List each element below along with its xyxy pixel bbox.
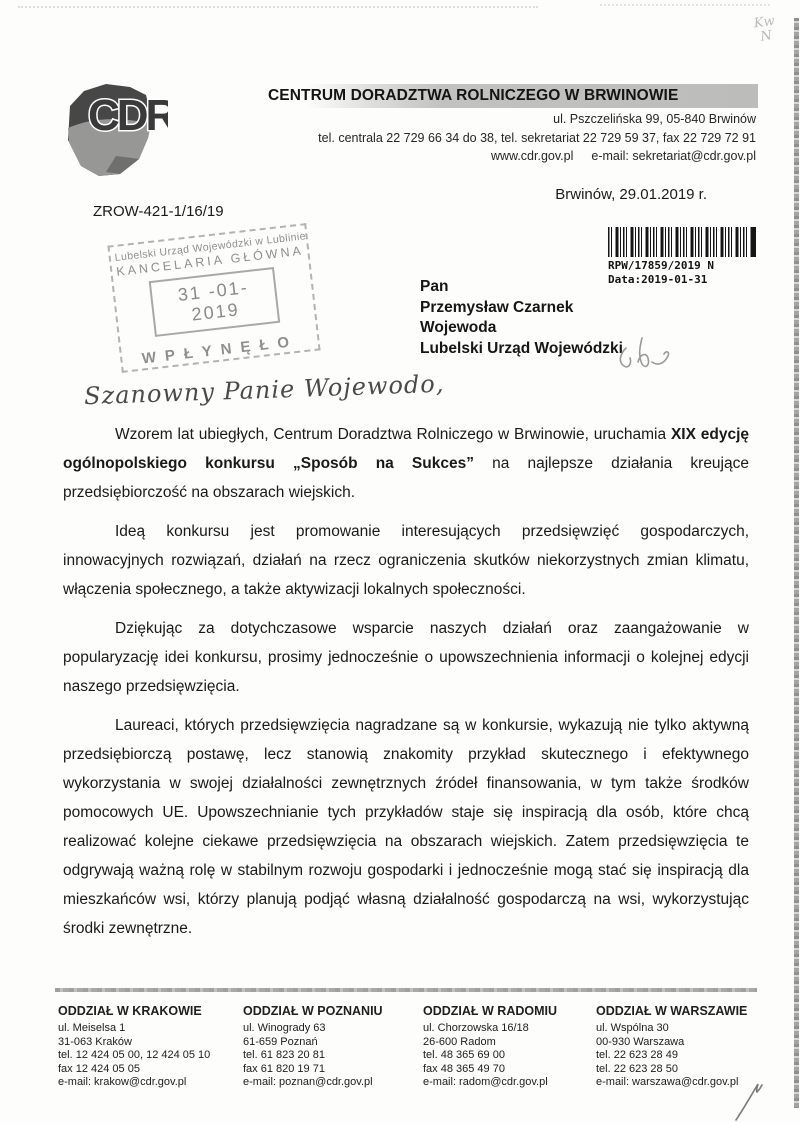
place-and-date: Brwinów, 29.01.2019 r. — [555, 186, 707, 203]
recipient-title: Wojewoda — [420, 318, 623, 339]
office-fax: fax 12 424 05 05 — [58, 1063, 240, 1077]
email: e-mail: sekretariat@cdr.gov.pl — [591, 149, 756, 163]
paragraph-1: Wzorem lat ubiegłych, Centrum Doradztwa … — [63, 420, 749, 507]
office-phone: tel. 12 424 05 00, 12 424 05 10 — [58, 1049, 240, 1063]
address-line-3: www.cdr.gov.ple-mail: sekretariat@cdr.go… — [318, 147, 756, 166]
office-street: ul. Wspólna 30 — [596, 1022, 778, 1036]
stamp-date: 31 -01- 2019 — [149, 267, 281, 337]
office-fax: fax 61 820 19 71 — [243, 1063, 425, 1077]
recipient-name: Przemysław Czarnek — [420, 298, 623, 319]
scan-artifact-right-edge — [794, 18, 799, 1108]
address-line-1: ul. Pszczelińska 99, 05-840 Brwinów — [318, 110, 756, 129]
recipient-office: Lubelski Urząd Wojewódzki — [420, 339, 623, 360]
handwritten-page-number — [724, 1078, 774, 1123]
letterhead-address: ul. Pszczelińska 99, 05-840 Brwinów tel.… — [318, 110, 756, 166]
office-phone-2: tel. 22 623 28 50 — [596, 1063, 778, 1077]
scanned-letter-page: Kw N CDR CENTRUM DORADZTWA ROLNICZEGO W … — [0, 0, 800, 1123]
office-street: ul. Winogrady 63 — [243, 1022, 425, 1036]
footer-divider — [55, 988, 757, 992]
address-line-2: tel. centrala 22 729 66 34 do 38, tel. s… — [318, 129, 756, 148]
reference-number: ZROW-421-1/16/19 — [93, 203, 224, 220]
office-city: 31-063 Kraków — [58, 1036, 240, 1050]
intake-stamp: Lubelski Urząd Wojewódzki w Lublinie KAN… — [107, 223, 320, 373]
scan-artifact-top-line — [18, 6, 538, 8]
office-city: 61-659 Poznań — [243, 1036, 425, 1050]
office-street: ul. Meiselsa 1 — [58, 1022, 240, 1036]
website: www.cdr.gov.pl — [491, 149, 573, 163]
office-poznan: ODDZIAŁ W POZNANIU ul. Winogrady 63 61-6… — [243, 1004, 425, 1090]
barcode-icon — [608, 227, 756, 257]
office-email: e-mail: radom@cdr.gov.pl — [423, 1076, 605, 1090]
office-fax: fax 48 365 49 70 — [423, 1063, 605, 1077]
office-krakow: ODDZIAŁ W KRAKOWIE ul. Meiselsa 1 31-063… — [58, 1004, 240, 1090]
logo-text: CDR — [88, 91, 168, 140]
paragraph-4: Laureaci, których przedsięwzięcia nagrad… — [63, 711, 749, 943]
office-phone: tel. 22 623 28 49 — [596, 1049, 778, 1063]
paragraph-3: Dziękując za dotychczasowe wsparcie nasz… — [63, 614, 749, 701]
poland-map-icon: CDR — [56, 78, 168, 188]
office-email: e-mail: krakow@cdr.gov.pl — [58, 1076, 240, 1090]
stamp-received-label: WPŁYNĘŁO — [126, 331, 315, 369]
registration-barcode-block: RPW/17859/2019 N Data:2019-01-31 — [608, 227, 758, 286]
office-name: ODDZIAŁ W WARSZAWIE — [596, 1004, 778, 1018]
handwritten-greeting: Szanowny Panie Wojewodo, — [84, 370, 445, 411]
scan-artifact-top-line-2 — [600, 4, 770, 6]
org-banner: CENTRUM DORADZTWA ROLNICZEGO W BRWINOWIE — [306, 84, 758, 108]
letter-body: Wzorem lat ubiegłych, Centrum Doradztwa … — [63, 420, 749, 943]
paragraph-1-text: Wzorem lat ubiegłych, Centrum Doradztwa … — [115, 426, 671, 443]
office-phone: tel. 48 365 69 00 — [423, 1049, 605, 1063]
office-street: ul. Chorzowska 16/18 — [423, 1022, 605, 1036]
office-name: ODDZIAŁ W KRAKOWIE — [58, 1004, 240, 1018]
barcode-text: RPW/17859/2019 N Data:2019-01-31 — [608, 259, 758, 286]
org-name: CENTRUM DORADZTWA ROLNICZEGO W BRWINOWIE — [268, 87, 678, 105]
recipient-block: Pan Przemysław Czarnek Wojewoda Lubelski… — [420, 277, 623, 359]
office-name: ODDZIAŁ W RADOMIU — [423, 1004, 605, 1018]
office-radom: ODDZIAŁ W RADOMIU ul. Chorzowska 16/18 2… — [423, 1004, 605, 1090]
office-warszawa: ODDZIAŁ W WARSZAWIE ul. Wspólna 30 00-93… — [596, 1004, 778, 1090]
office-phone: tel. 61 823 20 81 — [243, 1049, 425, 1063]
office-email: e-mail: poznan@cdr.gov.pl — [243, 1076, 425, 1090]
office-name: ODDZIAŁ W POZNANIU — [243, 1004, 425, 1018]
office-city: 00-930 Warszawa — [596, 1036, 778, 1050]
office-city: 26-600 Radom — [423, 1036, 605, 1050]
cdr-logo: CDR — [56, 78, 168, 193]
recipient-salutation: Pan — [420, 277, 623, 298]
paragraph-2: Ideą konkursu jest promowanie interesują… — [63, 517, 749, 604]
handwritten-paraph — [612, 326, 684, 389]
pencil-annotation: Kw N — [753, 15, 778, 46]
